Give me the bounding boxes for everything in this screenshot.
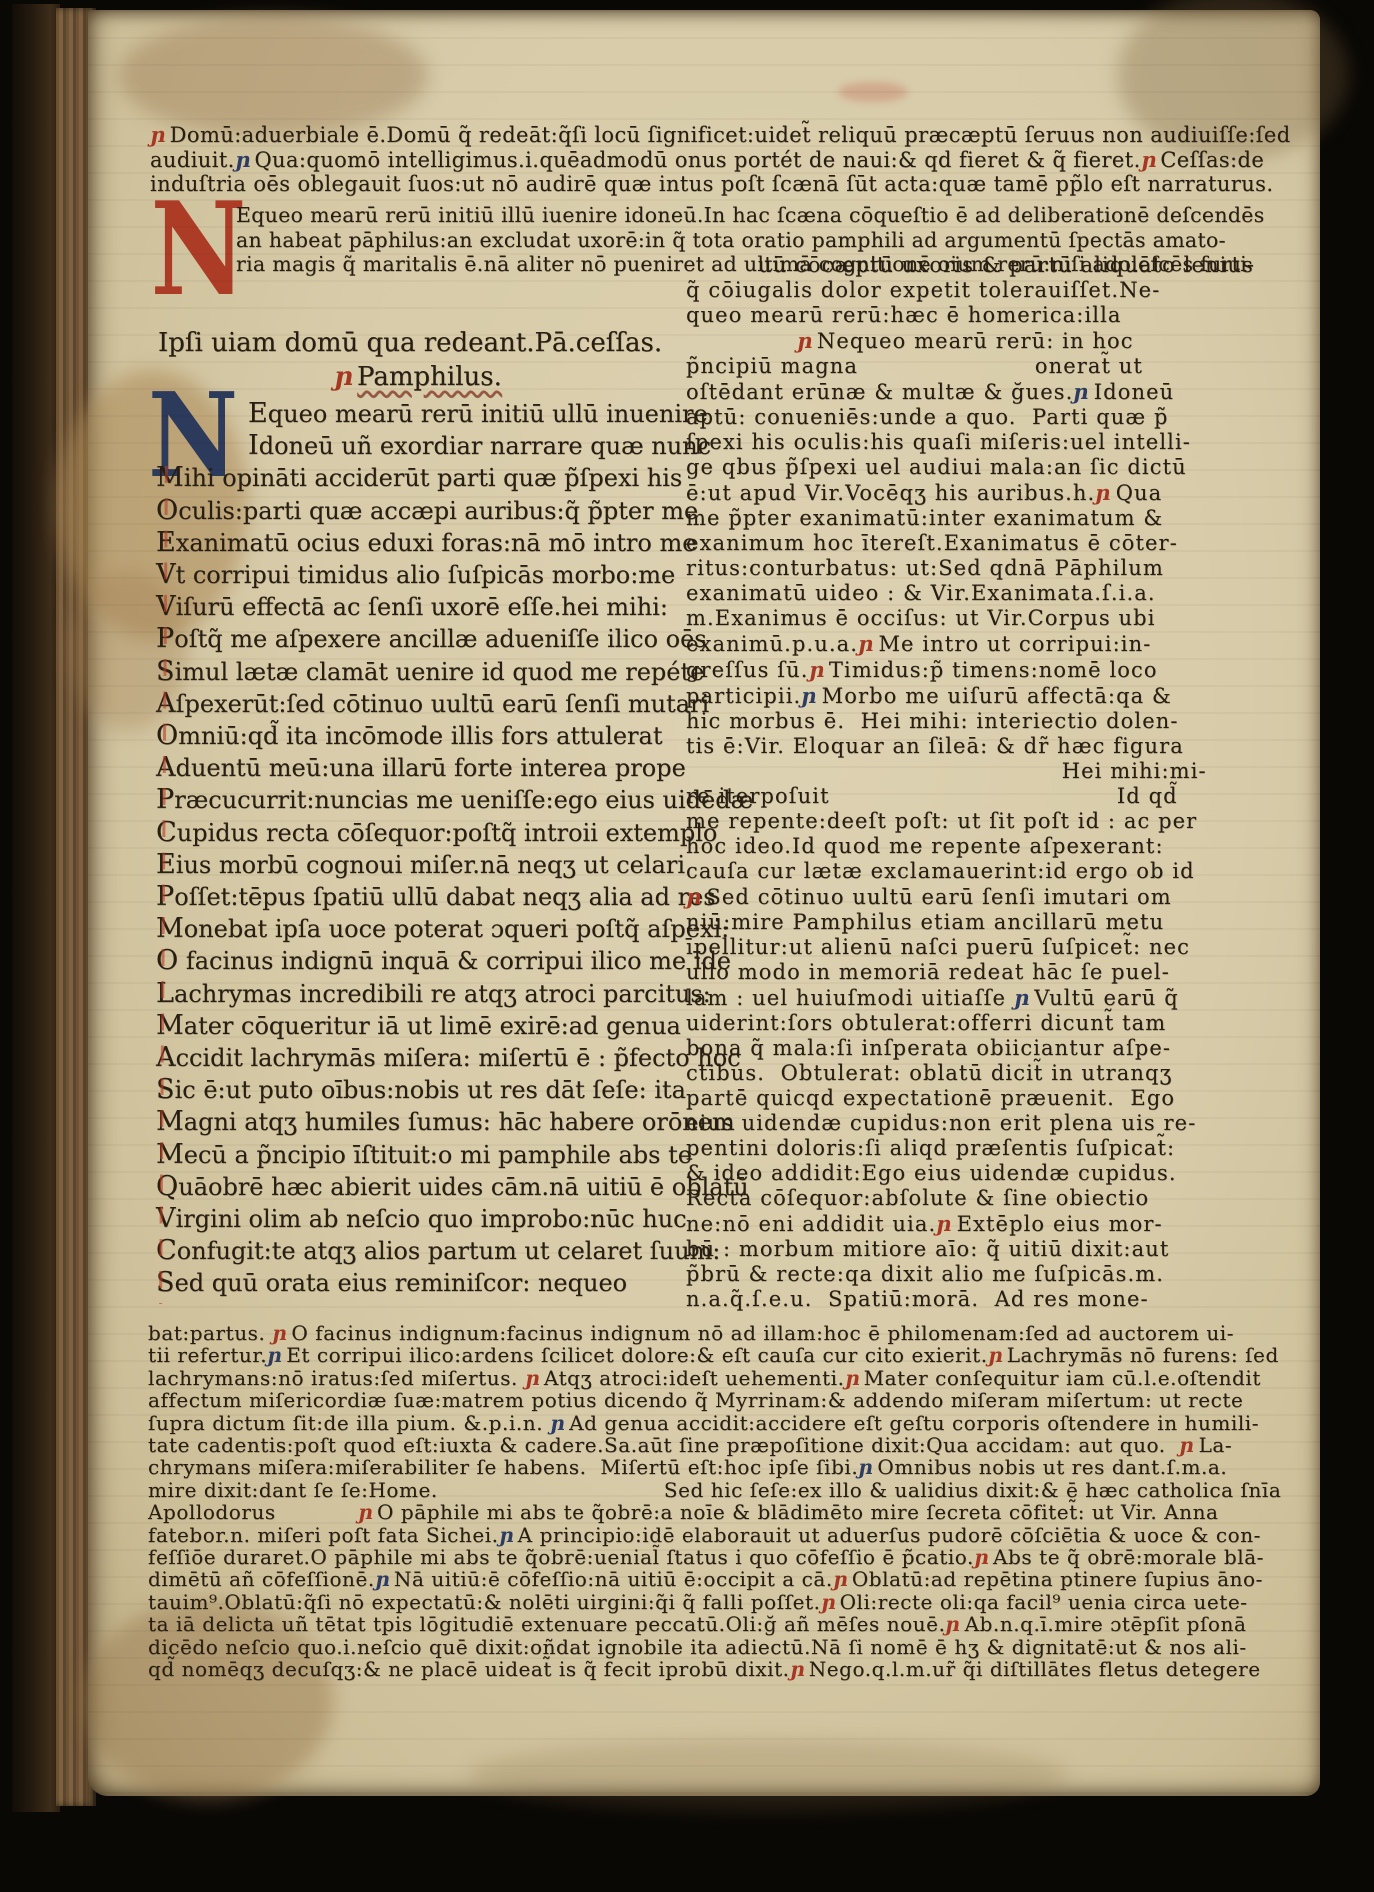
- text-line: Mecū a p̃ncipio īſtituit:o mi pamphile a…: [156, 1139, 701, 1171]
- paper-stain: [468, 1740, 1068, 1810]
- text-line: Confugit:te atqʒ alios partum ut celaret…: [156, 1235, 701, 1267]
- verse-incipit-heading: Ipſi uiam domū qua redeant.Pā.ceſſas.: [158, 328, 698, 358]
- text-line: mire dixit:dant ſe ſe:Home. Sed hic ſeſe…: [148, 1479, 1263, 1501]
- text-line: hoc ideo.Id quod me repente aſpexerant:: [686, 834, 1261, 859]
- text-line: m.Exanimus ē occiſus: ut Vir.Corpus ubi: [686, 606, 1261, 631]
- paragraph-mark-icon: ɲ: [1139, 148, 1159, 173]
- text-line: aptū: conueniēs:unde a quo. Parti quæ p̃: [686, 405, 1261, 430]
- paragraph-mark-icon: ɲ: [271, 1322, 290, 1344]
- text-line: n.a.q̃.ſ.e.u. Spatiū:morā. Ad res mone-: [686, 1287, 1261, 1312]
- paragraph-mark-icon: ɲ: [498, 1524, 517, 1546]
- paragraph-mark-icon: ɲ: [857, 631, 878, 656]
- paragraph-mark-icon: ɲ: [374, 1568, 393, 1590]
- text-line: me repente:deeſt poſt: ut ſit poſt id : …: [686, 809, 1261, 834]
- text-line: ē:ut apud Vir.Vocēqʒ his auribus.h.ɲQua: [686, 480, 1261, 506]
- text-line: Cupidus recta cōſequor:poſtq̃ introii ex…: [156, 817, 701, 849]
- text-line: partē quicqd expectationē præuenit. Ego: [686, 1086, 1261, 1111]
- paragraph-mark-icon: ɲ: [832, 1568, 851, 1590]
- paragraph-mark-icon: ɲ: [935, 1211, 956, 1236]
- paragraph-mark-icon: ɲ: [524, 1367, 543, 1389]
- text-line: audiuit.ɲQua:quomō intelligimus.i.quēadm…: [150, 148, 1255, 173]
- text-line: uiderint:ſors obtulerat:offerri dicunt̃ …: [686, 1011, 1261, 1036]
- paragraph-mark-icon: ɲ: [795, 328, 816, 353]
- paragraph-mark-icon: ɲ: [1072, 379, 1093, 404]
- verse-text-column: Equeo mearū rerū initiū ullū inuenireIdo…: [156, 398, 701, 1300]
- text-line: Aſpexerūt:ſed cōtinuo uultū earū ſenſi m…: [156, 688, 701, 720]
- paragraph-mark-icon: ɲ: [987, 1344, 1006, 1366]
- text-line: īpellitur:ut alienū naſci puerū ſuſpicet…: [686, 935, 1261, 960]
- text-line: oſtēdant erūnæ & multæ & ğues.ɲIdoneū: [686, 379, 1261, 405]
- commentary-column: uū cōcæptū uxoris & partū aliquāto leniu…: [686, 253, 1261, 1312]
- text-line: bona q̃ mala:ſi inſperata obiiciantur aſ…: [686, 1036, 1261, 1061]
- text-line: lam : uel huiuſmodi uitiaſſe ɲVultū earū…: [686, 985, 1261, 1011]
- paragraph-mark-icon: ɲ: [857, 1456, 876, 1478]
- book-page: ɲDomū:aduerbiale ē.Domū q̃ redeāt:q̃ſi l…: [88, 10, 1320, 1796]
- text-line: Magni atqʒ humiles ſumus: hāc habere orō…: [156, 1106, 701, 1138]
- paragraph-mark-icon: ɲ: [945, 1613, 964, 1635]
- text-line: O facinus indignū inquā & corripui ilico…: [156, 945, 701, 977]
- text-line: chrymans miſera:miſerabiliter ſe habens.…: [148, 1456, 1263, 1478]
- text-line: Mater cōqueritur iā ut limē exirē:ad gen…: [156, 1010, 701, 1042]
- text-line: ɲSed cōtinuo uultū earū ſenſi imutari om: [686, 884, 1261, 910]
- text-line: Monebat ipſa uoce poterat ɔqueri poſtq̃ …: [156, 913, 701, 945]
- text-line: queo mearū rerū:hæc ē homerica:illa: [686, 303, 1261, 328]
- red-lombard-initial: N: [151, 186, 247, 314]
- text-line: Simul lætæ clamāt uenire id quod me repé…: [156, 656, 701, 688]
- text-line: re iterpoſuit Id qd̃: [686, 784, 1261, 809]
- speaker-name: Pamphilus.: [357, 362, 502, 392]
- paragraph-mark-icon: ɲ: [149, 123, 169, 148]
- text-line: Oculis:parti quæ accæpi auribus:q̃ p̃pte…: [156, 495, 701, 527]
- text-line: tauim⁹.Oblatū:q̃ſi nō expectatū:& nolēti…: [148, 1591, 1263, 1613]
- paragraph-mark-icon: ɲ: [685, 884, 706, 909]
- text-line: affectum miſericordiæ ſuæ:matrem potius …: [148, 1389, 1263, 1411]
- paragraph-mark-icon: ɲ: [807, 657, 828, 682]
- paragraph-mark-icon: ɲ: [844, 1367, 863, 1389]
- text-line: feſſiōe duraret.O pāphile mi abs te q̃ob…: [148, 1546, 1263, 1568]
- text-line: Poſſet:tēpus ſpatiū ullū dabat neqʒ alia…: [156, 881, 701, 913]
- text-line: Lachrymas incredibili re atqʒ atroci par…: [156, 978, 701, 1010]
- text-line: Aduentū meū:una illarū forte interea pro…: [156, 752, 701, 784]
- text-line: ta iā delicta uñ tētat tpis lōgitudiē ex…: [148, 1613, 1263, 1635]
- text-line: Mihi opināti acciderūt parti quæ p̃ſpexi…: [156, 462, 701, 494]
- text-line: Equeo mearū rerū initiū ullū inuenire: [248, 398, 701, 430]
- text-line: hic morbus ē. Hei mihi: interiectio dole…: [686, 709, 1261, 734]
- text-line: exanimatū uideo : & Vir.Exanimata.ſ.i.a.: [686, 581, 1261, 606]
- top-commentary-block: ɲDomū:aduerbiale ē.Domū q̃ redeāt:q̃ſi l…: [150, 123, 1255, 197]
- text-line: Eius morbū cognoui miſer.nā neqʒ ut cela…: [156, 849, 701, 881]
- text-line: Vt corripui timidus alio ſuſpicās morbo:…: [156, 559, 701, 591]
- text-line: Equeo mearū rerū initiū illū iuenire ido…: [236, 203, 1256, 228]
- paragraph-mark-icon: ɲ: [820, 1591, 839, 1613]
- text-line: Idoneū uñ exordiar narrare quæ nunc: [248, 430, 701, 462]
- text-line: p̃brū & recte:qa dixit alio me ſuſpicās.…: [686, 1262, 1261, 1287]
- text-line: Viſurū effectā ac ſenſi uxorē eſſe.hei m…: [156, 591, 701, 623]
- text-line: Apollodorus ɲO pāphile mi abs te q̃obrē:…: [148, 1501, 1263, 1523]
- paragraph-mark-icon: ɲ: [1013, 985, 1034, 1010]
- binding-gutter: [12, 4, 60, 1812]
- text-line: ɲNequeo mearū rerū: in hoc: [686, 328, 1261, 354]
- text-line: exanimū.p.u.a.ɲMe intro ut corripui:in-: [686, 631, 1261, 657]
- text-line: bū : morbum mitiore aīo: q̃ uitiū dixit:…: [686, 1237, 1261, 1262]
- text-line: Recta cōſequor:abſolute & ſine obiectio: [686, 1186, 1261, 1211]
- text-line: eius uidendæ cupidus:non erit plena uis …: [686, 1111, 1261, 1136]
- text-line: bat:partus. ɲO facinus indignum:facinus …: [148, 1322, 1263, 1344]
- text-line: Poſtq̃ me aſpexere ancillæ adueniſſe ili…: [156, 623, 701, 655]
- text-line: Quāobrē hæc abierit uides cām.nā uitiū ē…: [156, 1171, 701, 1203]
- text-line: tis ē:Vir. Eloquar an ſileā: & dr̃ hæc f…: [686, 734, 1261, 759]
- paragraph-mark-icon: ɲ: [234, 148, 254, 173]
- text-line: dicēdo neſcio quo.i.neſcio quē dixit:oñd…: [148, 1636, 1263, 1658]
- text-line: uū cōcæptū uxoris & partū aliquāto leniu…: [758, 253, 1261, 278]
- text-line: Virgini olim ab neſcio quo improbo:nūc h…: [156, 1203, 701, 1235]
- text-line: cauſa cur lætæ exclamauerint:id ergo ob …: [686, 859, 1261, 884]
- text-line: Omniū:qd̃ ita incōmode illis fors attule…: [156, 720, 701, 752]
- text-line: niū:mire Pamphilus etiam ancillarū metu: [686, 910, 1261, 935]
- paragraph-mark-icon: ɲ: [800, 683, 821, 708]
- text-line: p̃ncipiū magna onerat̃ ut: [686, 354, 1261, 379]
- text-line: fatebor.n. miſeri poſt fata Sichei.ɲA pr…: [148, 1524, 1263, 1546]
- text-line: qd̃ nomēqʒ decuſqʒ:& ne placē uideat̃ is…: [148, 1658, 1263, 1680]
- text-line: & ideo addidit:Ego eius uidendæ cupidus.: [686, 1161, 1261, 1186]
- paragraph-mark-icon: ɲ: [1179, 1434, 1198, 1456]
- bottom-commentary-block: bat:partus. ɲO facinus indignum:facinus …: [148, 1322, 1263, 1681]
- ink-smudge: [838, 82, 908, 102]
- text-line: Exanimatū ocius eduxi foras:nā mō intro …: [156, 527, 701, 559]
- text-line: ge qbus p̃ſpexi uel audiui mala:an ſic d…: [686, 455, 1261, 480]
- text-line: me p̃pter exanimatū:inter exanimatum &: [686, 506, 1261, 531]
- text-line: Accidit lachrymās miſera: miſertū ē : p̃…: [156, 1042, 701, 1074]
- paragraph-mark-icon: ɲ: [332, 362, 356, 392]
- text-line: lachrymans:nō iratus:ſed miſertus. ɲAtqʒ…: [148, 1367, 1263, 1389]
- paragraph-mark-icon: ɲ: [549, 1412, 568, 1434]
- text-line: Hei mihi:mi-: [686, 759, 1261, 784]
- paragraph-mark-icon: ɲ: [357, 1501, 376, 1523]
- paragraph-mark-icon: ɲ: [266, 1344, 285, 1366]
- paragraph-mark-icon: ɲ: [973, 1546, 992, 1568]
- text-line: exanimum hoc ītereſt.Exanimatus ē cōter-: [686, 531, 1261, 556]
- scanned-book-photo: ɲDomū:aduerbiale ē.Domū q̃ redeāt:q̃ſi l…: [0, 0, 1374, 1892]
- text-line: q̃ cōiugalis dolor expetit tolerauiſſet.…: [686, 278, 1261, 303]
- text-line: pentini doloris:ſi aliqd præſentis ſuſpi…: [686, 1136, 1261, 1161]
- text-line: participii.ɲMorbo me uiſurū affectā:qa &: [686, 683, 1261, 709]
- text-line: ɲDomū:aduerbiale ē.Domū q̃ redeāt:q̃ſi l…: [150, 123, 1255, 148]
- text-line: dimētū añ cōfeſſionē.ɲNā uitiū:ē cōfeſſi…: [148, 1568, 1263, 1590]
- text-line: ne:nō eni addidit uia.ɲExtēplo eius mor-: [686, 1211, 1261, 1237]
- text-line: tate cadentis:poſt quod eſt:iuxta & cade…: [148, 1434, 1263, 1456]
- text-line: ctibus. Obtulerat: oblatū dicit̃ in utra…: [686, 1061, 1261, 1086]
- text-line: induſtria oēs oblegauit ſuos:ut nō audir…: [150, 172, 1255, 197]
- text-line: tii refertur.ɲEt corripui ilico:ardens ſ…: [148, 1344, 1263, 1366]
- text-line: ritus:conturbatus: ut:Sed qdnā Pāphilum: [686, 556, 1261, 581]
- paper-stain: [118, 16, 428, 136]
- text-line: Sic ē:ut puto oībus:nobis ut res dāt ſeſ…: [156, 1074, 701, 1106]
- text-line: ſpexi his oculis:his quaſi miſeris:uel i…: [686, 430, 1261, 455]
- text-line: ſupra dictum ſit:de illa pium. &.p.i.n. …: [148, 1412, 1263, 1434]
- text-line: an habeat pāphilus:an excludat uxorē:in …: [236, 228, 1256, 253]
- paragraph-mark-icon: ɲ: [1094, 480, 1115, 505]
- paragraph-mark-icon: ɲ: [789, 1658, 808, 1680]
- text-line: Sed quū orata eius reminiſcor: nequeo: [156, 1267, 701, 1299]
- text-line: ullo modo in memoriā redeat hāc ſe puel-: [686, 960, 1261, 985]
- text-line: greſſus ſū.ɲTimidus:p̃ timens:nomē loco: [686, 657, 1261, 683]
- text-line: Præcucurrit:nuncias me ueniſſe:ego eius …: [156, 784, 701, 816]
